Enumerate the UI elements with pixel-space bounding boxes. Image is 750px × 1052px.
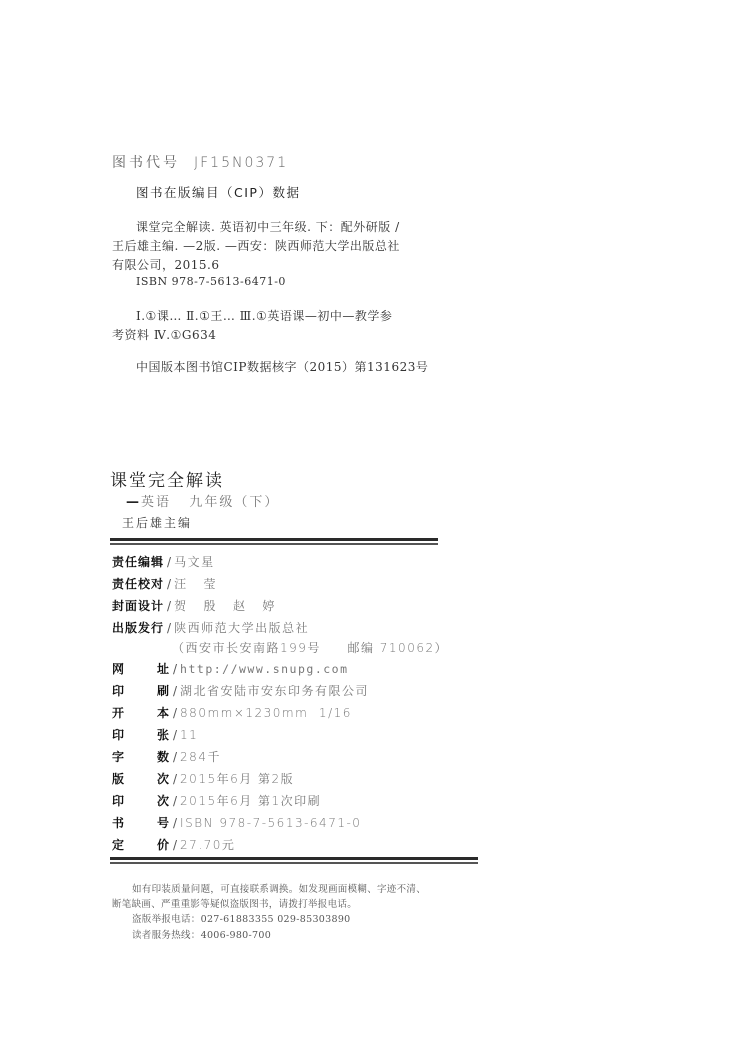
separator: / <box>173 793 177 809</box>
subtitle-dash: — <box>126 495 141 510</box>
info-label: 责任编辑 <box>112 554 164 570</box>
book-subtitle: —英语 九年级（下） <box>126 491 279 510</box>
info-label: 字数 <box>112 749 170 765</box>
double-rule-top <box>110 538 438 545</box>
publisher-address: （西安市长安南路199号 邮编 710062） <box>172 640 448 656</box>
separator: / <box>173 727 177 743</box>
info-label: 书号 <box>112 815 170 831</box>
info-row-printing: 印次/2015年6月 第1次印刷 <box>112 793 321 809</box>
subtitle-text: 英语 九年级（下） <box>141 495 279 510</box>
rule-thin <box>110 543 438 545</box>
separator: / <box>173 661 177 677</box>
cip-line: 有限公司，2015.6 <box>112 256 220 273</box>
info-label: 印刷 <box>112 683 170 699</box>
separator: / <box>167 576 171 592</box>
cip-line: 王后雄主编. —2版. —西安：陕西师范大学出版总社 <box>112 237 400 254</box>
info-value: 陕西师范大学出版总社 <box>174 620 309 636</box>
info-label: 网址 <box>112 661 170 677</box>
info-value: ISBN 978-7-5613-6471-0 <box>180 815 361 831</box>
book-code-label: 图书代号 <box>112 155 180 171</box>
book-title: 课堂完全解读 <box>110 466 224 491</box>
info-row-website: 网址/http://www.snupg.com <box>112 661 349 677</box>
info-value: 2015年6月 第1次印刷 <box>180 793 321 809</box>
book-code-value: JF15N0371 <box>194 155 288 171</box>
info-value: 马文星 <box>174 554 215 570</box>
info-value: 湖北省安陆市安东印务有限公司 <box>180 683 369 699</box>
info-row-sheets: 印张/11 <box>112 727 198 743</box>
separator: / <box>173 749 177 765</box>
info-label: 印次 <box>112 793 170 809</box>
info-value: 880mm×1230mm 1/16 <box>180 705 352 721</box>
info-row-proofreader: 责任校对/汪 莹 <box>112 576 217 592</box>
info-value: 284千 <box>180 749 221 765</box>
info-value: 贺 殷 赵 婷 <box>174 598 276 614</box>
cip-title: 图书在版编目（CIP）数据 <box>136 183 300 201</box>
info-label: 定价 <box>112 837 170 853</box>
info-row-cover-design: 封面设计/贺 殷 赵 婷 <box>112 598 276 614</box>
info-row-edition: 版次/2015年6月 第2版 <box>112 771 294 787</box>
separator: / <box>167 598 171 614</box>
separator: / <box>173 683 177 699</box>
separator: / <box>173 815 177 831</box>
quality-note: 如有印装质量问题，可直接联系调换。如发现画面模糊、字迹不清、 <box>132 881 426 895</box>
info-value: 11 <box>180 727 198 743</box>
rule-thick <box>110 538 438 541</box>
info-label: 开本 <box>112 705 170 721</box>
info-label: 出版发行 <box>112 620 164 636</box>
cip-verification: 中国版本图书馆CIP数据核字（2015）第131623号 <box>136 358 428 375</box>
reader-hotline: 读者服务热线：4006-980-700 <box>132 927 271 941</box>
book-code: 图书代号JF15N0371 <box>112 152 288 172</box>
cip-line: Ⅰ.①课… Ⅱ.①王… Ⅲ.①英语课—初中—教学参 <box>136 307 392 324</box>
info-value: 27.70元 <box>180 837 235 853</box>
info-row-printer: 印刷/湖北省安陆市安东印务有限公司 <box>112 683 369 699</box>
separator: / <box>173 837 177 853</box>
info-value: 2015年6月 第2版 <box>180 771 294 787</box>
book-editor: 王后雄主编 <box>122 514 192 531</box>
cip-isbn: ISBN 978-7-5613-6471-0 <box>136 275 286 288</box>
info-row-format: 开本/880mm×1230mm 1/16 <box>112 705 352 721</box>
info-label: 责任校对 <box>112 576 164 592</box>
website-link[interactable]: http://www.snupg.com <box>180 661 348 677</box>
cip-line: 课堂完全解读. 英语初中三年级. 下：配外研版 / <box>136 218 400 235</box>
info-row-publisher: 出版发行/陕西师范大学出版总社 <box>112 620 309 636</box>
separator: / <box>173 771 177 787</box>
info-row-editor: 责任编辑/马文星 <box>112 554 215 570</box>
info-label: 版次 <box>112 771 170 787</box>
separator: / <box>167 554 171 570</box>
piracy-hotline: 盗版举报电话：027-61883355 029-85303890 <box>132 911 351 925</box>
separator: / <box>173 705 177 721</box>
double-rule-bottom <box>110 857 478 864</box>
info-row-address: （西安市长安南路199号 邮编 710062） <box>172 640 448 656</box>
separator: / <box>167 620 171 636</box>
info-label: 封面设计 <box>112 598 164 614</box>
quality-note: 断笔缺画、严重重影等疑似盗版图书，请拨打举报电话。 <box>112 896 357 910</box>
rule-thick <box>110 857 478 860</box>
info-row-price: 定价/27.70元 <box>112 837 235 853</box>
cip-line: 考资料 Ⅳ.①G634 <box>112 326 216 343</box>
info-value: 汪 莹 <box>174 576 217 592</box>
info-row-isbn: 书号/ISBN 978-7-5613-6471-0 <box>112 815 361 831</box>
rule-thin <box>110 862 478 864</box>
info-label: 印张 <box>112 727 170 743</box>
info-row-word-count: 字数/284千 <box>112 749 221 765</box>
